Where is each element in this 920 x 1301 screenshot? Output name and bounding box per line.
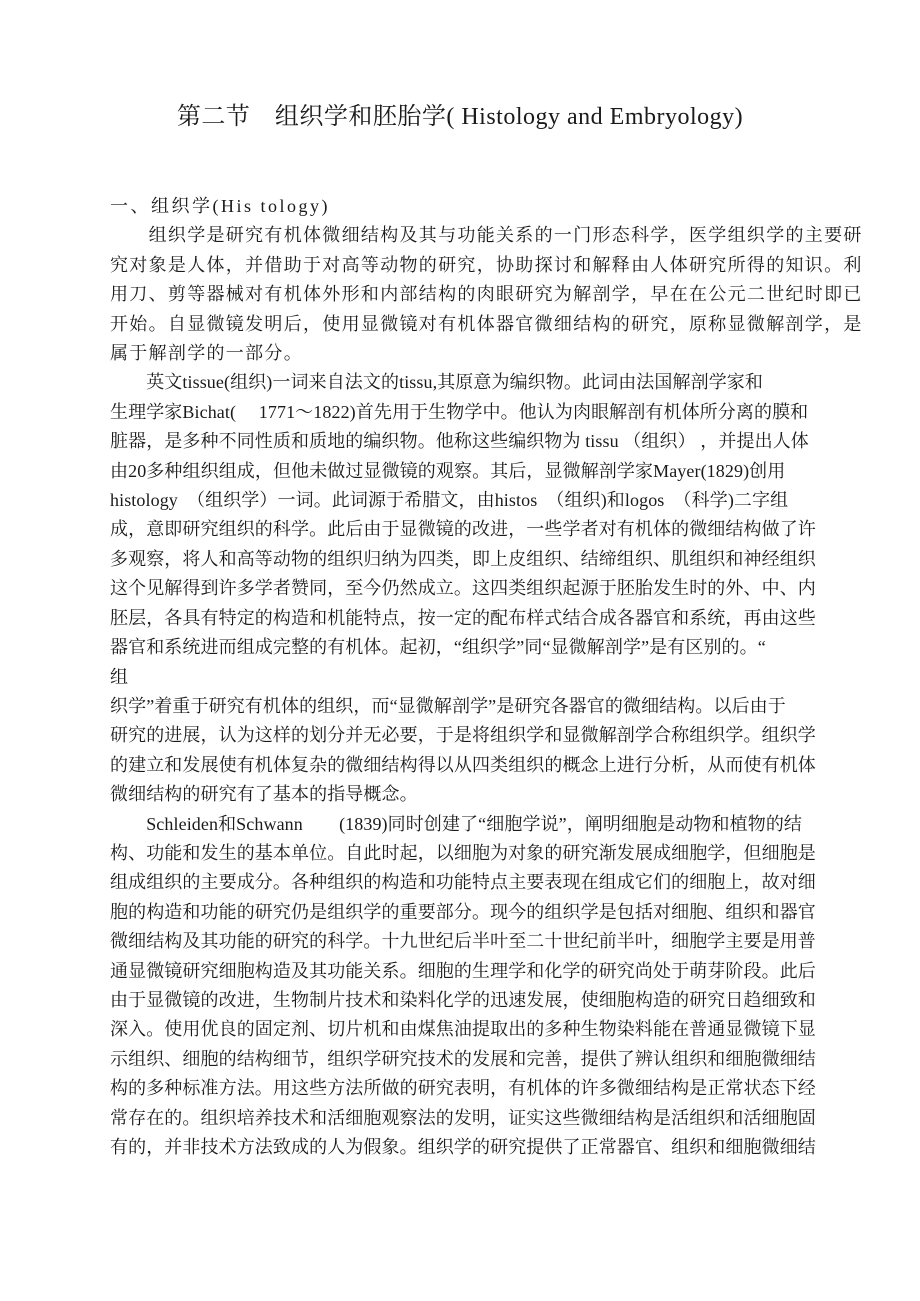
paragraph-lines: 组织学是研究有机体微细结构及其与功能关系的一门形态科学，医学组织学的主要研究对象… [110, 221, 880, 1162]
text-line: 脏器，是多种不同性质和质地的编织物。他称这些编织物为 tissu （组织） ，并… [110, 427, 880, 456]
text-line: 示组织、细胞的结构细节，组织学研究技术的发展和完善，提供了辨认组织和细胞微细结 [110, 1045, 880, 1074]
text-line: 生理学家Bichat( 1771～1822)首先用于生物学中。他认为肉眼解剖有机… [110, 398, 880, 427]
text-line: 由于显微镜的改进，生物制片技术和染料化学的迅速发展，使细胞构造的研究日趋细致和 [110, 986, 880, 1015]
text-line: histology （组织学）一词。此词源于希腊文，由histos （组织)和l… [110, 486, 880, 515]
text-line: 成，意即研究组织的科学。此后由于显微镜的改进，一些学者对有机体的微细结构做了许 [110, 515, 880, 544]
text-line: 器官和系统进而组成完整的有机体。起初，“组织学”同“显微解剖学”是有区别的。“ [110, 633, 880, 662]
text-line: 研究的进展，认为这样的划分并无必要，于是将组织学和显微解剖学合称组织学。组织学 [110, 721, 880, 750]
text-line: 深入。使用优良的固定剂、切片机和由煤焦油提取出的多种生物染料能在普通显微镜下显 [110, 1015, 880, 1044]
text-line: 构、功能和发生的基本单位。自此时起，以细胞为对象的研究渐发展成细胞学，但细胞是 [110, 839, 880, 868]
page-title: 第二节 组织学和胚胎学( Histology and Embryology) [0, 101, 920, 133]
text-line: 用刀、剪等器械对有机体外形和内部结构的肉眼研究为解剖学，早在在公元二世纪时即已 [110, 280, 880, 309]
text-line: 属于解剖学的一部分。 [110, 339, 880, 368]
document-page: 第二节 组织学和胚胎学( Histology and Embryology) 一… [0, 0, 920, 1301]
text-line: 织学”着重于研究有机体的组织，而“显微解剖学”是研究各器官的微细结构。以后由于 [110, 692, 880, 721]
text-line: 组成组织的主要成分。各种组织的构造和功能特点主要表现在组成它们的细胞上，故对细 [110, 868, 880, 897]
body-text: 一、组织学(His tology) 组织学是研究有机体微细结构及其与功能关系的一… [110, 192, 880, 1162]
text-line: 究对象是人体，并借助于对高等动物的研究，协助探讨和解释由人体研究所得的知识。利 [110, 251, 880, 280]
text-line: 组 [110, 663, 880, 692]
text-line: 微细结构的研究有了基本的指导概念。 [110, 780, 880, 809]
text-line: Schleiden和Schwann (1839)同时创建了“细胞学说”，阐明细胞… [110, 810, 880, 839]
text-line: 的建立和发展使有机体复杂的微细结构得以从四类组织的概念上进行分析，从而使有机体 [110, 751, 880, 780]
text-line: 构的多种标准方法。用这些方法所做的研究表明，有机体的许多微细结构是正常状态下经 [110, 1074, 880, 1103]
text-line: 由20多种组织组成，但他未做过显微镜的观察。其后，显微解剖学家Mayer(182… [110, 457, 880, 486]
text-line: 胚层，各具有特定的构造和机能特点，按一定的配布样式结合成各器官和系统，再由这些 [110, 604, 880, 633]
text-line: 有的，并非技术方法致成的人为假象。组织学的研究提供了正常器官、组织和细胞微细结 [110, 1133, 880, 1162]
text-line: 通显微镜研究细胞构造及其功能关系。细胞的生理学和化学的研究尚处于萌芽阶段。此后 [110, 957, 880, 986]
text-line: 胞的构造和功能的研究仍是组织学的重要部分。现今的组织学是包括对细胞、组织和器官 [110, 898, 880, 927]
text-line: 组织学是研究有机体微细结构及其与功能关系的一门形态科学，医学组织学的主要研 [110, 221, 880, 250]
text-line: 多观察，将人和高等动物的组织归纳为四类，即上皮组织、结缔组织、肌组织和神经组织 [110, 545, 880, 574]
text-line: 微细结构及其功能的研究的科学。十九世纪后半叶至二十世纪前半叶，细胞学主要是用普 [110, 927, 880, 956]
text-line: 常存在的。组织培养技术和活细胞观察法的发明，证实这些微细结构是活组织和活细胞固 [110, 1104, 880, 1133]
text-line: 这个见解得到许多学者赞同，至今仍然成立。这四类组织起源于胚胎发生时的外、中、内 [110, 574, 880, 603]
section-heading: 一、组织学(His tology) [110, 192, 880, 221]
text-line: 开始。自显微镜发明后，使用显微镜对有机体器官微细结构的研究，原称显微解剖学，是 [110, 310, 880, 339]
text-line: 英文tissue(组织)一词来自法文的tissu,其原意为编织物。此词由法国解剖… [110, 368, 880, 397]
